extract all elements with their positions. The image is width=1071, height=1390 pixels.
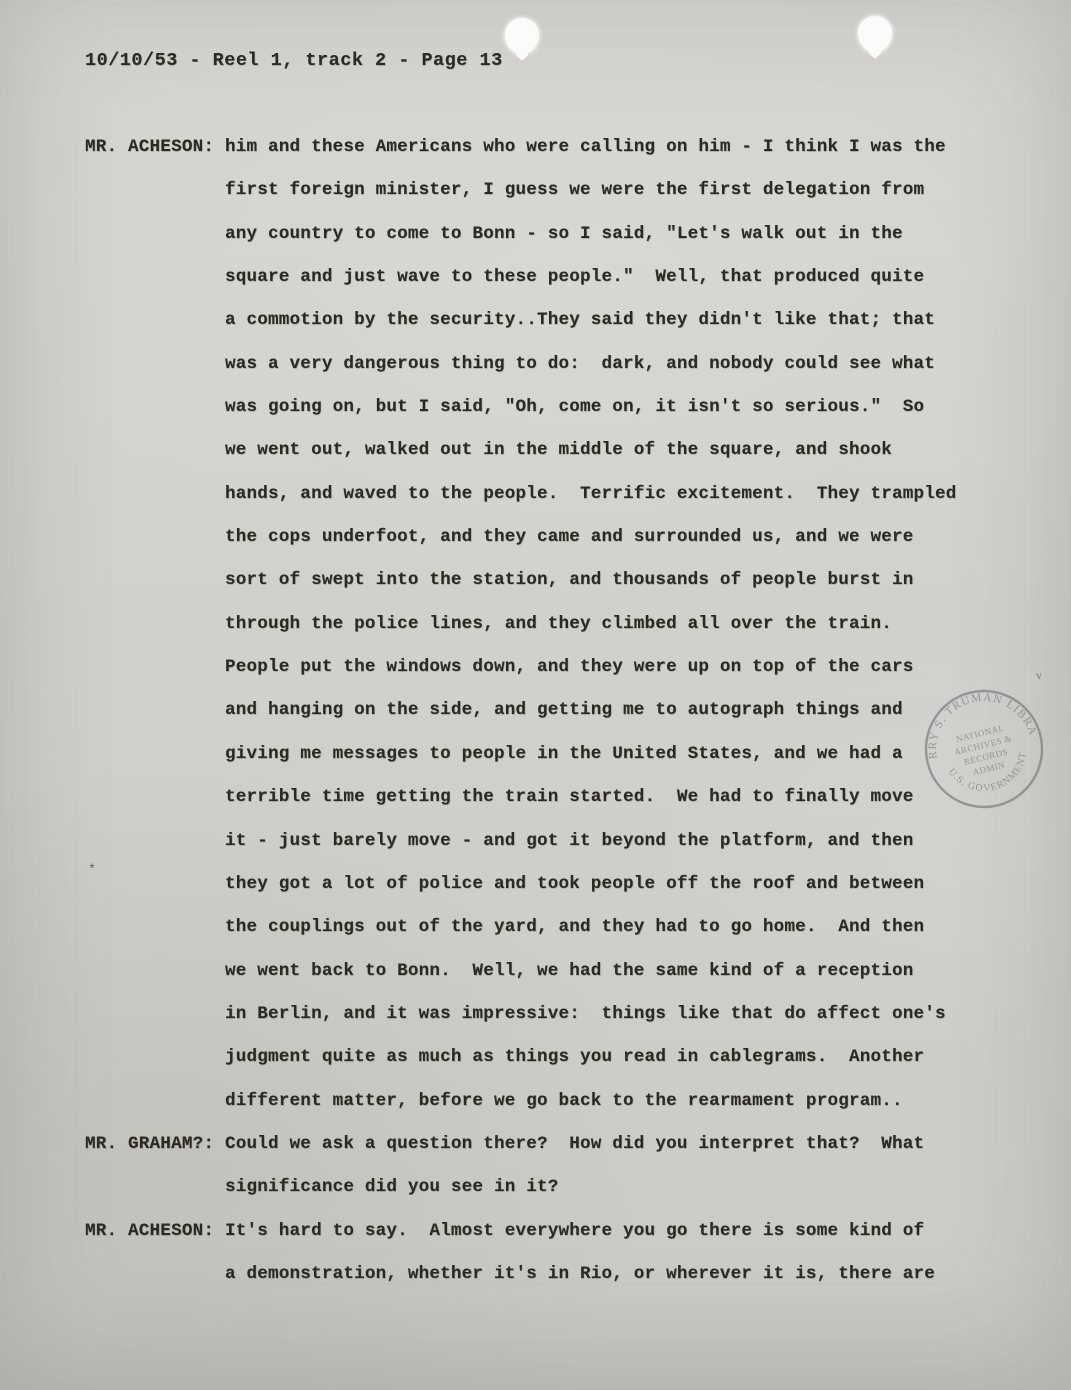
speaker-label: MR. ACHESON: bbox=[85, 1210, 214, 1253]
pen-mark: v bbox=[1035, 668, 1043, 684]
transcript-line: different matter, before we go back to t… bbox=[225, 1080, 985, 1123]
transcript-line: through the police lines, and they climb… bbox=[225, 603, 985, 646]
transcript-line: the couplings out of the yard, and they … bbox=[225, 906, 985, 949]
transcript-line: sort of swept into the station, and thou… bbox=[225, 559, 985, 602]
transcript-line: and hanging on the side, and getting me … bbox=[225, 689, 985, 732]
paragraph: MR. ACHESON:him and these Americans who … bbox=[85, 126, 985, 1123]
transcript-line: judgment quite as much as things you rea… bbox=[225, 1036, 985, 1079]
transcript-line: it - just barely move - and got it beyon… bbox=[225, 820, 985, 863]
transcript-line: we went out, walked out in the middle of… bbox=[225, 429, 985, 472]
transcript-line: giving me messages to people in the Unit… bbox=[225, 733, 985, 776]
hole-punch-right bbox=[858, 16, 892, 52]
transcript-line: they got a lot of police and took people… bbox=[225, 863, 985, 906]
speaker-label: MR. ACHESON: bbox=[85, 126, 214, 169]
transcript-line: in Berlin, and it was impressive: things… bbox=[225, 993, 985, 1036]
transcript-line: a commotion by the security..They said t… bbox=[225, 299, 985, 342]
transcript-line: People put the windows down, and they we… bbox=[225, 646, 985, 689]
transcript-line: him and these Americans who were calling… bbox=[225, 126, 985, 169]
transcript-line: hands, and waved to the people. Terrific… bbox=[225, 473, 985, 516]
margin-mark: * bbox=[88, 862, 96, 877]
paragraph: MR. GRAHAM?:Could we ask a question ther… bbox=[85, 1123, 985, 1210]
transcript-line: significance did you see in it? bbox=[225, 1166, 985, 1209]
transcript-line: first foreign minister, I guess we were … bbox=[225, 169, 985, 212]
transcript-line: we went back to Bonn. Well, we had the s… bbox=[225, 950, 985, 993]
transcript-line: a demonstration, whether it's in Rio, or… bbox=[225, 1253, 985, 1296]
speaker-label: MR. GRAHAM?: bbox=[85, 1123, 214, 1166]
paragraph: MR. ACHESON:It's hard to say. Almost eve… bbox=[85, 1210, 985, 1297]
scanned-transcript-page: { "page": { "header": "10/10/53 - Reel 1… bbox=[0, 0, 1071, 1390]
transcript-line: It's hard to say. Almost everywhere you … bbox=[225, 1210, 985, 1253]
transcript-line: square and just wave to these people." W… bbox=[225, 256, 985, 299]
transcript-line: Could we ask a question there? How did y… bbox=[225, 1123, 985, 1166]
hole-punch-left bbox=[505, 18, 539, 54]
transcript-line: was a very dangerous thing to do: dark, … bbox=[225, 343, 985, 386]
transcript: MR. ACHESON:him and these Americans who … bbox=[85, 126, 985, 1296]
transcript-line: was going on, but I said, "Oh, come on, … bbox=[225, 386, 985, 429]
page-header: 10/10/53 - Reel 1, track 2 - Page 13 bbox=[85, 50, 503, 71]
transcript-line: terrible time getting the train started.… bbox=[225, 776, 985, 819]
transcript-line: any country to come to Bonn - so I said,… bbox=[225, 213, 985, 256]
transcript-line: the cops underfoot, and they came and su… bbox=[225, 516, 985, 559]
